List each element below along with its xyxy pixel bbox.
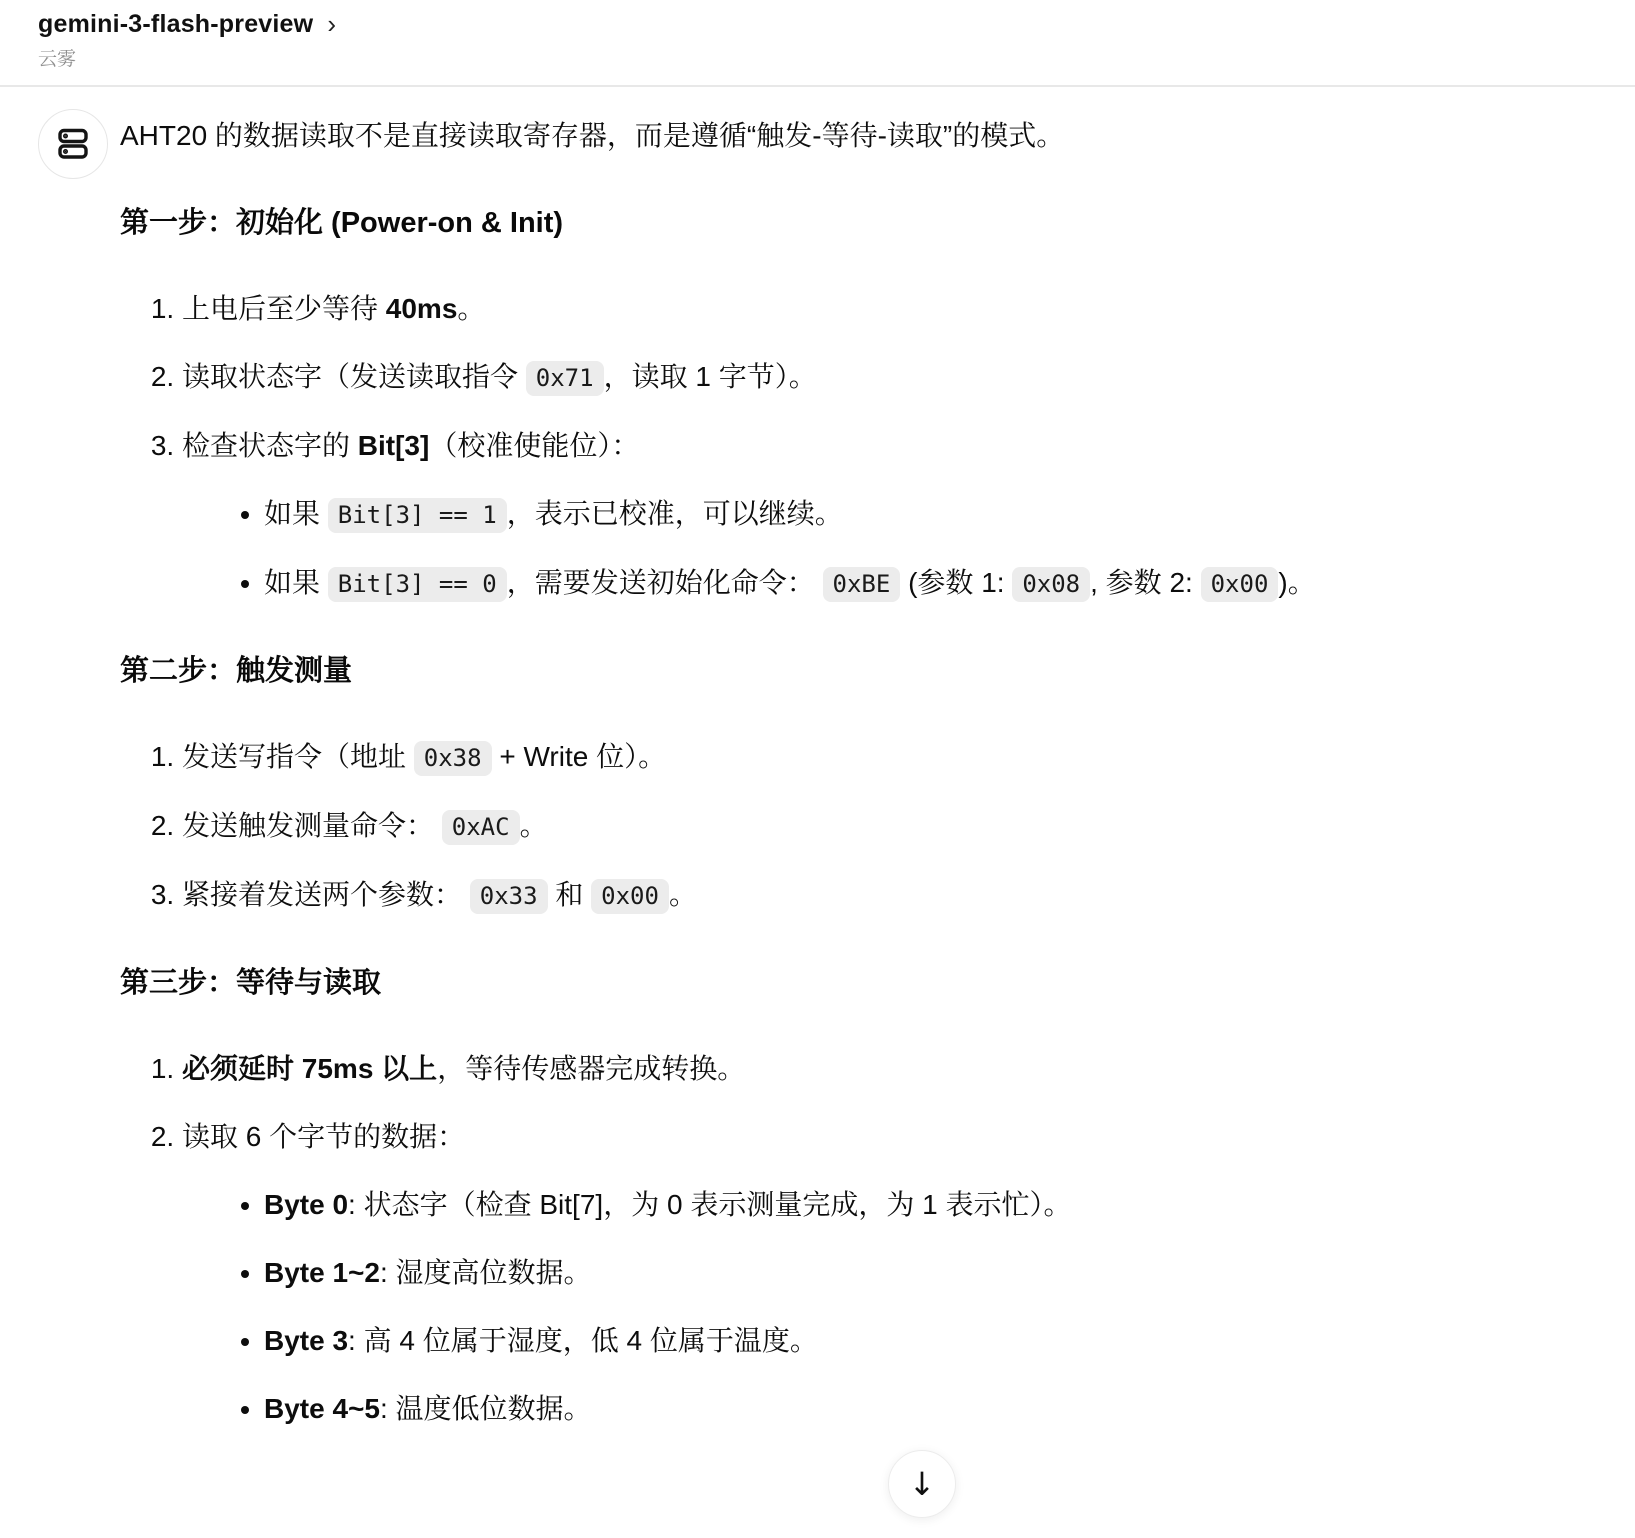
text-span: 如果: [264, 498, 328, 529]
list-item: 上电后至少等待 40ms。: [182, 291, 1597, 327]
sub-list-item: 如果 Bit[3] == 0，需要发送初始化命令： 0xBE (参数 1: 0x…: [264, 565, 1597, 602]
list-item: 紧接着发送两个参数： 0x33 和 0x00。: [182, 877, 1597, 914]
list-item: 必须延时 75ms 以上，等待传感器完成转换。: [182, 1051, 1597, 1087]
inline-code: 0xAC: [442, 810, 520, 845]
text-span: 。: [520, 810, 548, 841]
text-span: ，表示已校准，可以继续。: [507, 498, 843, 529]
provider-name: 云雾: [38, 44, 1597, 71]
list-item-text: Byte 0: 状态字（检查 Bit[7]，为 0 表示测量完成，为 1 表示忙…: [264, 1189, 1071, 1220]
step3-ordered-list: 必须延时 75ms 以上，等待传感器完成转换。 读取 6 个字节的数据： Byt…: [120, 1051, 1597, 1427]
text-span: ，读取 1 字节）。: [604, 361, 817, 392]
inline-code: 0x08: [1012, 567, 1090, 602]
list-item-text: 如果 Bit[3] == 1，表示已校准，可以继续。: [264, 498, 843, 529]
text-span: AHT20 的数据读取不是直接读取寄存器，而是遵循“触发-等待-读取”的模式。: [120, 120, 1064, 151]
text-span: 紧接着发送两个参数：: [182, 879, 470, 910]
text-span: 发送触发测量命令：: [182, 810, 442, 841]
text-span: : 高 4 位属于湿度，低 4 位属于温度。: [348, 1325, 818, 1356]
list-item-text: 检查状态字的 Bit[3]（校准使能位）：: [182, 430, 639, 461]
list-item: 发送触发测量命令： 0xAC。: [182, 808, 1597, 845]
step3-sub-list: Byte 0: 状态字（检查 Bit[7]，为 0 表示测量完成，为 1 表示忙…: [182, 1187, 1597, 1427]
list-item: 发送写指令（地址 0x38 + Write 位）。: [182, 739, 1597, 776]
text-span: 上电后至少等待: [182, 293, 386, 324]
text-span: 如果: [264, 567, 328, 598]
message-area: AHT20 的数据读取不是直接读取寄存器，而是遵循“触发-等待-读取”的模式。 …: [0, 87, 1635, 1459]
list-item-text: 发送写指令（地址 0x38 + Write 位）。: [182, 741, 666, 772]
section-heading-step3: 第三步：等待与读取: [120, 964, 1597, 1002]
step1-ordered-list: 上电后至少等待 40ms。 读取状态字（发送读取指令 0x71，读取 1 字节）…: [120, 291, 1597, 602]
bold-text: Byte 0: [264, 1189, 348, 1220]
list-item-text: Byte 4~5: 温度低位数据。: [264, 1393, 592, 1424]
inline-code: 0x00: [591, 879, 669, 914]
text-span: )。: [1278, 567, 1315, 598]
sub-list-item: Byte 0: 状态字（检查 Bit[7]，为 0 表示测量完成，为 1 表示忙…: [264, 1187, 1597, 1223]
inline-code: 0x00: [1201, 567, 1279, 602]
text-span: 读取 6 个字节的数据：: [182, 1121, 465, 1152]
bold-text: Byte 1~2: [264, 1257, 380, 1288]
list-item: 读取 6 个字节的数据： Byte 0: 状态字（检查 Bit[7]，为 0 表…: [182, 1119, 1597, 1427]
sub-list-item: Byte 3: 高 4 位属于湿度，低 4 位属于温度。: [264, 1323, 1597, 1359]
list-item-text: Byte 3: 高 4 位属于湿度，低 4 位属于温度。: [264, 1325, 818, 1356]
assistant-message: AHT20 的数据读取不是直接读取寄存器，而是遵循“触发-等待-读取”的模式。 …: [0, 87, 1635, 1459]
message-content: AHT20 的数据读取不是直接读取寄存器，而是遵循“触发-等待-读取”的模式。 …: [120, 107, 1597, 1459]
text-span: 发送写指令（地址: [182, 741, 414, 772]
inline-code: Bit[3] == 1: [328, 498, 507, 533]
inline-code: 0x71: [526, 361, 604, 396]
text-span: (参数 1:: [900, 567, 1012, 598]
model-avatar: [38, 109, 108, 179]
bold-text: Byte 3: [264, 1325, 348, 1356]
list-item: 检查状态字的 Bit[3]（校准使能位）： 如果 Bit[3] == 1，表示已…: [182, 428, 1597, 602]
model-name[interactable]: gemini-3-flash-preview: [38, 10, 313, 39]
text-span: ，需要发送初始化命令：: [507, 567, 823, 598]
list-item-text: Byte 1~2: 湿度高位数据。: [264, 1257, 592, 1288]
list-item-text: 必须延时 75ms 以上，等待传感器完成转换。: [182, 1053, 745, 1084]
text-span: 和: [548, 879, 592, 910]
step1-sub-list: 如果 Bit[3] == 1，表示已校准，可以继续。 如果 Bit[3] == …: [182, 496, 1597, 602]
list-item-text: 读取 6 个字节的数据：: [182, 1121, 465, 1152]
section-heading-step2: 第二步：触发测量: [120, 652, 1597, 690]
list-item-text: 读取状态字（发送读取指令 0x71，读取 1 字节）。: [182, 361, 817, 392]
sub-list-item: 如果 Bit[3] == 1，表示已校准，可以继续。: [264, 496, 1597, 533]
text-span: （校准使能位）：: [429, 430, 639, 461]
list-item-text: 如果 Bit[3] == 0，需要发送初始化命令： 0xBE (参数 1: 0x…: [264, 567, 1316, 598]
bold-text: Bit[3]: [358, 430, 430, 461]
list-item-text: 紧接着发送两个参数： 0x33 和 0x00。: [182, 879, 697, 910]
list-item: 读取状态字（发送读取指令 0x71，读取 1 字节）。: [182, 359, 1597, 396]
inline-code: 0xBE: [823, 567, 901, 602]
text-span: : 温度低位数据。: [380, 1393, 592, 1424]
chat-header: gemini-3-flash-preview › 云雾: [0, 0, 1635, 71]
bold-text: Byte 4~5: [264, 1393, 380, 1424]
intro-paragraph: AHT20 的数据读取不是直接读取寄存器，而是遵循“触发-等待-读取”的模式。: [120, 118, 1597, 154]
chevron-right-icon[interactable]: ›: [327, 11, 336, 37]
text-span: + Write 位）。: [492, 741, 667, 772]
text-span: : 状态字（检查 Bit[7]，为 0 表示测量完成，为 1 表示忙）。: [348, 1189, 1071, 1220]
text-span: 读取状态字（发送读取指令: [182, 361, 526, 392]
inline-code: Bit[3] == 0: [328, 567, 507, 602]
step2-ordered-list: 发送写指令（地址 0x38 + Write 位）。 发送触发测量命令： 0xAC…: [120, 739, 1597, 914]
sub-list-item: Byte 1~2: 湿度高位数据。: [264, 1255, 1597, 1291]
scroll-to-bottom-button[interactable]: ↓: [888, 1450, 956, 1518]
text-span: 。: [669, 879, 697, 910]
bold-text: 必须延时 75ms 以上: [182, 1053, 437, 1084]
section-heading-step1: 第一步：初始化 (Power-on & Init): [120, 204, 1597, 242]
bold-text: 40ms: [386, 293, 458, 324]
text-span: : 湿度高位数据。: [380, 1257, 592, 1288]
list-item-text: 发送触发测量命令： 0xAC。: [182, 810, 548, 841]
sub-list-item: Byte 4~5: 温度低位数据。: [264, 1391, 1597, 1427]
inline-code: 0x33: [470, 879, 548, 914]
text-span: 检查状态字的: [182, 430, 358, 461]
arrow-down-icon: ↓: [909, 1468, 936, 1500]
text-span: ，等待传感器完成转换。: [437, 1053, 745, 1084]
server-stack-icon: [53, 124, 93, 164]
inline-code: 0x38: [414, 741, 492, 776]
list-item-text: 上电后至少等待 40ms。: [182, 293, 485, 324]
text-span: , 参数 2:: [1090, 567, 1200, 598]
text-span: 。: [457, 293, 485, 324]
model-selector[interactable]: gemini-3-flash-preview ›: [38, 10, 1597, 39]
